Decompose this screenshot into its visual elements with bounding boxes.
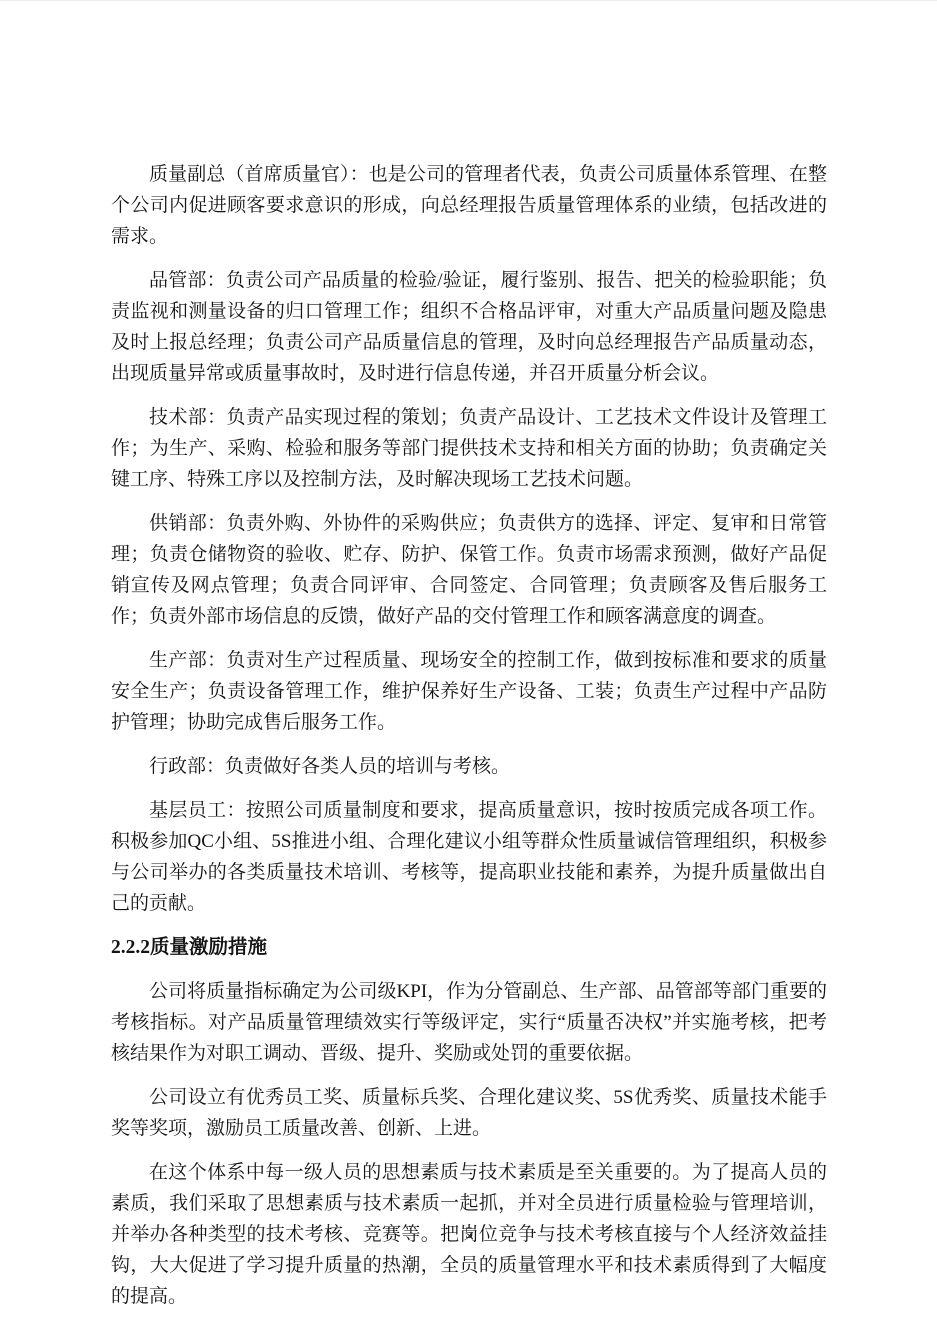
body-paragraph-production-dept: 生产部：负责对生产过程质量、现场安全的控制工作，做到按标准和要求的质量安全生产；… — [111, 645, 827, 738]
body-paragraph-technical-dept: 技术部：负责产品实现过程的策划；负责产品设计、工艺技术文件设计及管理工作；为生产… — [111, 402, 827, 495]
document-page: { "page": { "number": "5", "background_c… — [0, 0, 937, 1326]
body-paragraph-supply-sales-dept: 供销部：负责外购、外协件的采购供应；负责供方的选择、评定、复审和日常管理；负责仓… — [111, 508, 827, 632]
body-paragraph-quality-vp: 质量副总（首席质量官）：也是公司的管理者代表，负责公司质量体系管理、在整个公司内… — [111, 159, 827, 252]
document-body: 质量副总（首席质量官）：也是公司的管理者代表，负责公司质量体系管理、在整个公司内… — [111, 159, 827, 1325]
page-number: 5 — [465, 1225, 473, 1242]
body-paragraph-admin-dept: 行政部：负责做好各类人员的培训与考核。 — [111, 751, 827, 782]
page-footer: 5 — [111, 1223, 827, 1245]
body-paragraph-awards: 公司设立有优秀员工奖、质量标兵奖、合理化建议奖、5S优秀奖、质量技术能手奖等奖项… — [111, 1082, 827, 1144]
section-heading-incentives: 2.2.2质量激励措施 — [111, 932, 827, 963]
body-paragraph-frontline-staff: 基层员工：按照公司质量制度和要求，提高质量意识，按时按质完成各项工作。积极参加Q… — [111, 795, 827, 919]
body-paragraph-quality-dept: 品管部：负责公司产品质量的检验/验证，履行鉴别、报告、把关的检验职能；负责监视和… — [111, 265, 827, 389]
body-paragraph-kpi-assessment: 公司将质量指标确定为公司级KPI，作为分管副总、生产部、品管部等部门重要的考核指… — [111, 976, 827, 1069]
